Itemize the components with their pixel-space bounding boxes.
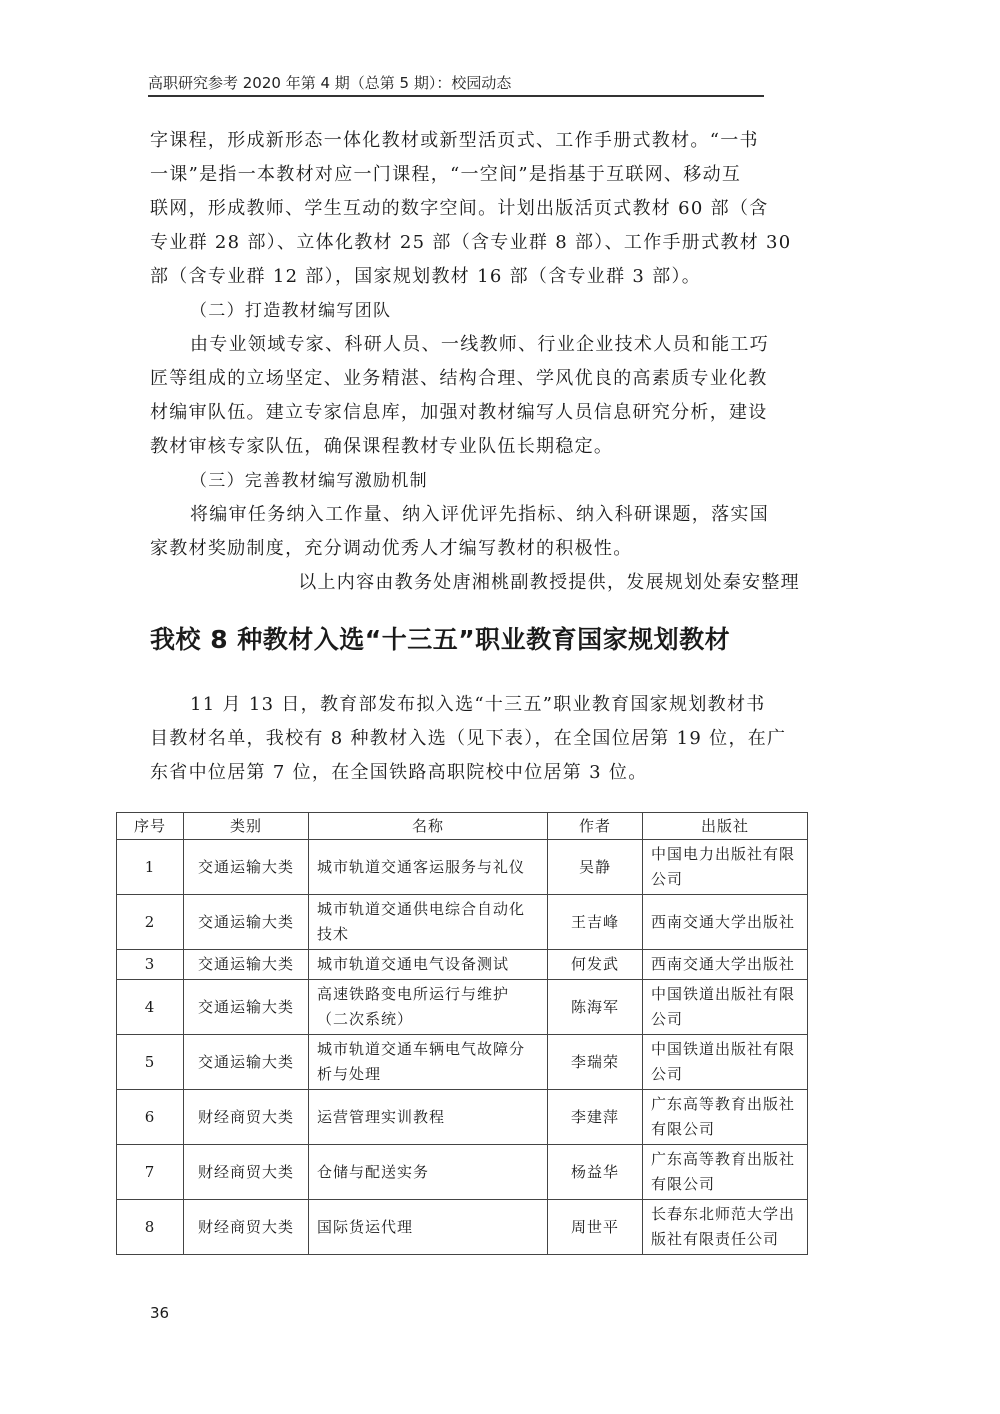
text-line: 教材审核专家队伍，确保课程教材专业队伍长期稳定。 [150,430,800,464]
table-row: 3 交通运输大类 城市轨道交通电气设备测试 何发武 西南交通大学出版社 [117,950,808,980]
table-row: 8 财经商贸大类 国际货运代理 周世平 长春东北师范大学出版社有限责任公司 [117,1200,808,1255]
table-row: 5 交通运输大类 城市轨道交通车辆电气故障分析与处理 李瑞荣 中国铁道出版社有限… [117,1035,808,1090]
cell-no: 3 [117,950,184,980]
col-header-name: 名称 [309,813,548,840]
textbook-table: 序号 类别 名称 作者 出版社 1 交通运输大类 城市轨道交通客运服务与礼仪 吴… [116,812,808,1255]
cell-category: 财经商贸大类 [184,1145,309,1200]
cell-category: 交通运输大类 [184,950,309,980]
text-line: 匠等组成的立场坚定、业务精湛、结构合理、学风优良的高素质专业化教 [150,362,800,396]
text-line: 一课”是指一本教材对应一门课程，“一空间”是指基于互联网、移动互 [150,158,800,192]
table-row: 2 交通运输大类 城市轨道交通供电综合自动化技术 王吉峰 西南交通大学出版社 [117,895,808,950]
table-row: 6 财经商贸大类 运营管理实训教程 李建萍 广东高等教育出版社有限公司 [117,1090,808,1145]
credit-line: 以上内容由教务处唐湘桃副教授提供，发展规划处秦安整理 [150,566,800,600]
cell-no: 1 [117,840,184,895]
cell-publisher: 中国铁道出版社有限公司 [643,1035,808,1090]
cell-name: 仓储与配送实务 [309,1145,548,1200]
cell-name: 运营管理实训教程 [309,1090,548,1145]
cell-name: 高速铁路变电所运行与维护（二次系统） [309,980,548,1035]
cell-publisher: 西南交通大学出版社 [643,895,808,950]
cell-publisher: 西南交通大学出版社 [643,950,808,980]
prev-section-paragraph-1: 字课程，形成新形态一体化教材或新型活页式、工作手册式教材。“一书 一课”是指一本… [150,124,800,600]
cell-author: 吴静 [548,840,643,895]
cell-no: 7 [117,1145,184,1200]
table-row: 1 交通运输大类 城市轨道交通客运服务与礼仪 吴静 中国电力出版社有限公司 [117,840,808,895]
col-header-publisher: 出版社 [643,813,808,840]
cell-no: 4 [117,980,184,1035]
table-row: 7 财经商贸大类 仓储与配送实务 杨益华 广东高等教育出版社有限公司 [117,1145,808,1200]
cell-no: 6 [117,1090,184,1145]
header-divider [148,95,764,97]
cell-author: 王吉峰 [548,895,643,950]
cell-name: 国际货运代理 [309,1200,548,1255]
cell-publisher: 广东高等教育出版社有限公司 [643,1090,808,1145]
subheading-team: （二）打造教材编写团队 [150,294,800,328]
col-header-no: 序号 [117,813,184,840]
text-line: 材编审队伍。建立专家信息库，加强对教材编写人员信息研究分析，建设 [150,396,800,430]
text-line: 目教材名单，我校有 8 种教材入选（见下表），在全国位居第 19 位，在广 [150,722,800,756]
cell-name: 城市轨道交通车辆电气故障分析与处理 [309,1035,548,1090]
running-header: 高职研究参考 2020 年第 4 期（总第 5 期）：校园动态 [148,72,511,93]
cell-name: 城市轨道交通客运服务与礼仪 [309,840,548,895]
text-line: 由专业领域专家、科研人员、一线教师、行业企业技术人员和能工巧 [150,328,800,362]
cell-category: 交通运输大类 [184,895,309,950]
text-line: 专业群 28 部）、立体化教材 25 部（含专业群 8 部）、工作手册式教材 3… [150,226,800,260]
cell-author: 李瑞荣 [548,1035,643,1090]
article-title: 我校 8 种教材入选“十三五”职业教育国家规划教材 [150,620,730,656]
cell-author: 杨益华 [548,1145,643,1200]
cell-publisher: 中国电力出版社有限公司 [643,840,808,895]
page-number: 36 [150,1304,169,1322]
cell-author: 陈海军 [548,980,643,1035]
text-line: 将编审任务纳入工作量、纳入评优评先指标、纳入科研课题，落实国 [150,498,800,532]
cell-category: 财经商贸大类 [184,1090,309,1145]
table-header-row: 序号 类别 名称 作者 出版社 [117,813,808,840]
subheading-incentive: （三）完善教材编写激励机制 [150,464,800,498]
cell-category: 财经商贸大类 [184,1200,309,1255]
col-header-category: 类别 [184,813,309,840]
cell-no: 8 [117,1200,184,1255]
cell-author: 李建萍 [548,1090,643,1145]
text-line: 字课程，形成新形态一体化教材或新型活页式、工作手册式教材。“一书 [150,124,800,158]
cell-author: 何发武 [548,950,643,980]
text-line: 联网，形成教师、学生互动的数字空间。计划出版活页式教材 60 部（含 [150,192,800,226]
text-line: 11 月 13 日，教育部发布拟入选“十三五”职业教育国家规划教材书 [150,688,800,722]
text-line: 东省中位居第 7 位，在全国铁路高职院校中位居第 3 位。 [150,756,800,790]
cell-publisher: 广东高等教育出版社有限公司 [643,1145,808,1200]
cell-no: 5 [117,1035,184,1090]
cell-name: 城市轨道交通电气设备测试 [309,950,548,980]
cell-category: 交通运输大类 [184,1035,309,1090]
col-header-author: 作者 [548,813,643,840]
cell-author: 周世平 [548,1200,643,1255]
cell-publisher: 中国铁道出版社有限公司 [643,980,808,1035]
cell-publisher: 长春东北师范大学出版社有限责任公司 [643,1200,808,1255]
text-line: 家教材奖励制度，充分调动优秀人才编写教材的积极性。 [150,532,800,566]
cell-name: 城市轨道交通供电综合自动化技术 [309,895,548,950]
text-line: 部（含专业群 12 部），国家规划教材 16 部（含专业群 3 部）。 [150,260,800,294]
article-intro: 11 月 13 日，教育部发布拟入选“十三五”职业教育国家规划教材书 目教材名单… [150,688,800,790]
cell-no: 2 [117,895,184,950]
cell-category: 交通运输大类 [184,840,309,895]
cell-category: 交通运输大类 [184,980,309,1035]
table-row: 4 交通运输大类 高速铁路变电所运行与维护（二次系统） 陈海军 中国铁道出版社有… [117,980,808,1035]
